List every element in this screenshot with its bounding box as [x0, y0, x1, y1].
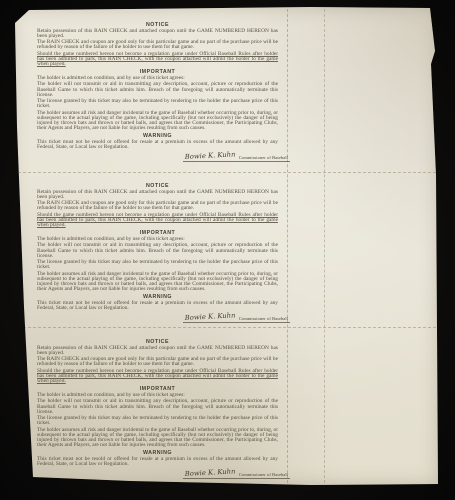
important-paragraph: The holder will not transmit or aid in t…	[37, 82, 278, 97]
warning-paragraph: This ticket must not be resold or offere…	[37, 140, 278, 150]
perforation-line-horizontal-upper	[13, 172, 436, 173]
important-paragraph: The holder will not transmit or aid in t…	[37, 243, 278, 258]
signature-rule: Bowie K. Kuhn Commissioner of Baseball	[183, 314, 290, 324]
signature-rule: Bowie K. Kuhn Commissioner of Baseball	[183, 470, 290, 480]
notice-paragraph: Retain possession of this RAIN CHECK and…	[37, 190, 278, 200]
ticket-back-panel: NOTICE Retain possession of this RAIN CH…	[37, 181, 278, 323]
important-header: IMPORTANT	[37, 386, 278, 392]
commissioner-title: Commissioner of Baseball	[239, 155, 288, 160]
rain-check-underlined-clause: Should the game numbered hereon not beco…	[37, 52, 278, 67]
notice-header: NOTICE	[37, 339, 278, 345]
important-paragraph: The license granted by this ticket may a…	[37, 99, 278, 109]
important-header: IMPORTANT	[37, 230, 278, 236]
important-paragraph: The holder assumes all risk and danger i…	[37, 428, 278, 449]
signature-block: Bowie K. Kuhn Commissioner of Baseball	[37, 153, 290, 163]
notice-header: NOTICE	[37, 183, 278, 189]
notice-paragraph: Retain possession of this RAIN CHECK and…	[37, 29, 278, 39]
commissioner-signature: Bowie K. Kuhn	[185, 311, 236, 322]
commissioner-title: Commissioner of Baseball	[239, 472, 288, 477]
warning-paragraph: This ticket must not be resold or offere…	[37, 301, 278, 311]
signature-block: Bowie K. Kuhn Commissioner of Baseball	[37, 314, 290, 324]
rain-check-underlined-clause: Should the game numbered hereon not beco…	[37, 369, 278, 384]
photo-background: NOTICE Retain possession of this RAIN CH…	[0, 0, 455, 500]
paper-sheet: NOTICE Retain possession of this RAIN CH…	[11, 7, 438, 485]
important-paragraph: The holder will not transmit or aid in t…	[37, 399, 278, 414]
perforation-line-horizontal-lower	[13, 327, 436, 328]
important-paragraph: The license granted by this ticket may a…	[37, 260, 278, 270]
notice-paragraph: Retain possession of this RAIN CHECK and…	[37, 346, 278, 356]
commissioner-signature: Bowie K. Kuhn	[185, 150, 236, 161]
rain-check-underlined-clause: Should the game numbered hereon not beco…	[37, 213, 278, 228]
important-header: IMPORTANT	[37, 69, 278, 75]
ticket-back-panel: NOTICE Retain possession of this RAIN CH…	[37, 20, 278, 162]
warning-paragraph: This ticket must not be resold or offere…	[37, 457, 278, 467]
notice-paragraph: The RAIN CHECK and coupon are good only …	[37, 357, 278, 367]
notice-paragraph: The RAIN CHECK and coupon are good only …	[37, 40, 278, 50]
commissioner-signature: Bowie K. Kuhn	[185, 467, 236, 478]
important-paragraph: The holder assumes all risk and danger i…	[37, 272, 278, 293]
perforation-line-vertical-left	[287, 9, 288, 483]
signature-block: Bowie K. Kuhn Commissioner of Baseball	[37, 470, 290, 480]
signature-rule: Bowie K. Kuhn Commissioner of Baseball	[183, 153, 290, 163]
ticket-back-panel: NOTICE Retain possession of this RAIN CH…	[37, 337, 278, 479]
notice-header: NOTICE	[37, 22, 278, 28]
commissioner-title: Commissioner of Baseball	[239, 316, 288, 321]
notice-paragraph: The RAIN CHECK and coupon are good only …	[37, 201, 278, 211]
important-paragraph: The license granted by this ticket may a…	[37, 416, 278, 426]
important-paragraph: The holder assumes all risk and danger i…	[37, 111, 278, 132]
perforation-line-vertical-right	[324, 9, 325, 483]
